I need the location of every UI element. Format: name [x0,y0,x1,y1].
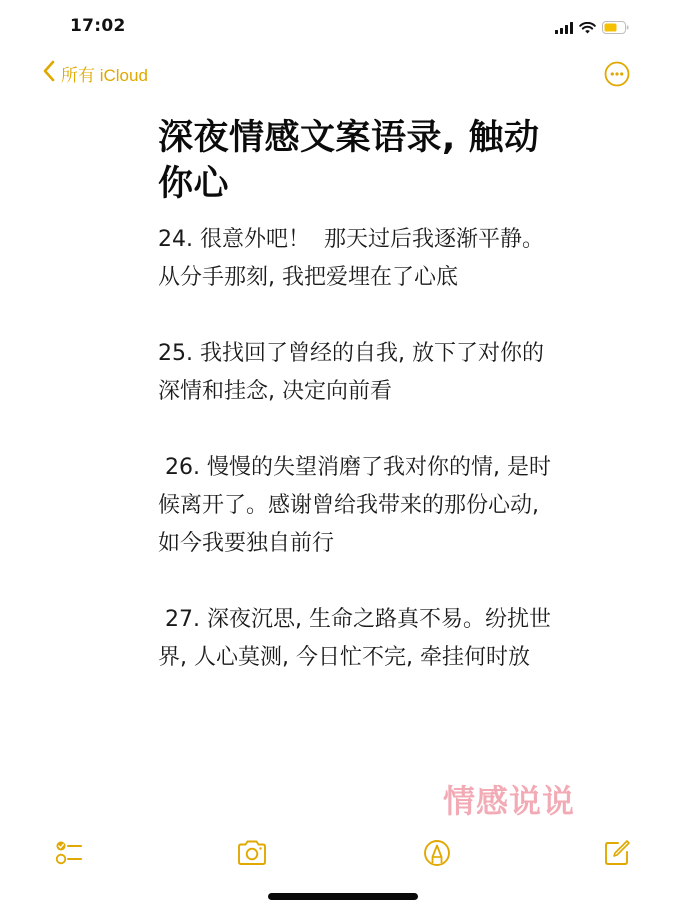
back-label: 所有 iCloud [61,61,148,86]
note-paragraph: 24. 很意外吧！ 那天过后我逐渐平静。从分手那刻, 我把爱埋在了心底 [158,221,558,297]
back-button[interactable]: 所有 iCloud [42,60,148,86]
compose-icon [602,853,632,872]
cellular-signal-icon [555,19,573,38]
chevron-left-icon [42,60,55,86]
watermark: 情感说说 [443,776,575,822]
status-icons [555,19,629,38]
pen-tip-icon [422,853,452,872]
checklist-icon [54,853,84,872]
home-indicator[interactable] [268,893,418,900]
status-bar: 17:02 [0,0,684,52]
checklist-button[interactable] [54,838,84,868]
camera-button[interactable] [236,838,268,868]
note-paragraph: 25. 我找回了曾经的自我, 放下了对你的深情和挂念, 决定向前看 [158,335,558,411]
note-paragraph: 27. 深夜沉思, 生命之路真不易。纷扰世界, 人心莫测, 今日忙不完, 牵挂何… [158,601,558,677]
status-time: 17:02 [70,16,126,36]
wifi-icon [579,19,596,38]
more-button[interactable] [604,61,630,87]
compose-button[interactable] [602,838,632,868]
note-title: 深夜情感文案语录, 触动你心 [158,115,558,207]
ellipsis-circle-icon [604,72,630,91]
camera-icon [236,853,268,872]
markup-button[interactable] [422,838,452,868]
battery-icon [602,19,629,38]
note-body[interactable]: 深夜情感文案语录, 触动你心 24. 很意外吧！ 那天过后我逐渐平静。从分手那刻… [158,115,558,715]
bottom-toolbar [0,832,684,872]
faint-header-text [160,80,540,93]
note-paragraph: 26. 慢慢的失望消磨了我对你的情, 是时候离开了。感谢曾给我带来的那份心动, … [158,449,558,563]
